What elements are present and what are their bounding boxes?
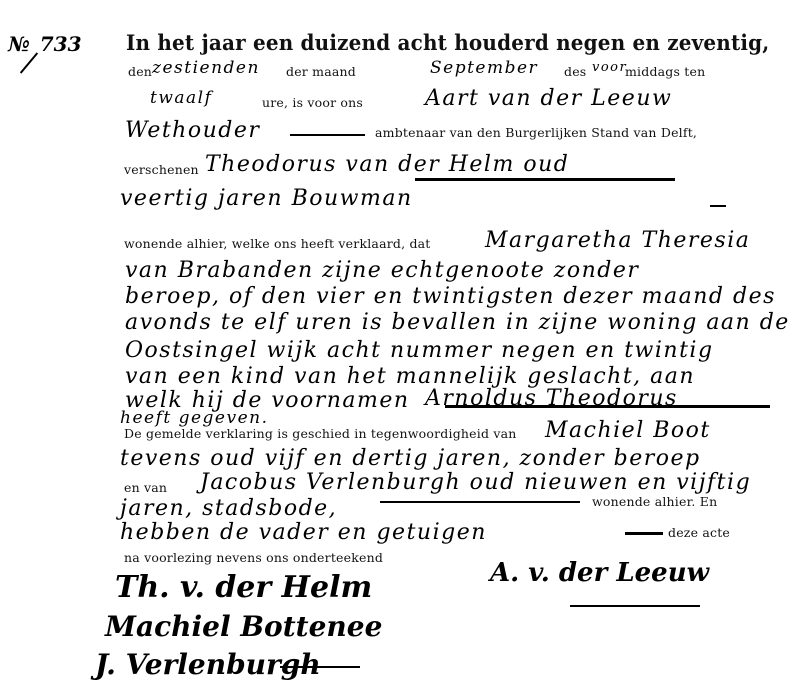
printed-middags-ten: middags ten <box>625 64 705 79</box>
header-line: In het jaar een duizend acht houderd neg… <box>126 30 769 55</box>
signature-witness-2: J. Verlenburgh <box>95 648 321 681</box>
signature-official-flourish <box>570 605 700 607</box>
hand-father-age-occupation: veertig jaren Bouwman <box>120 186 413 211</box>
hand-voor: voor <box>592 60 627 75</box>
printed-wonende-verklaard: wonende alhier, welke ons heeft verklaar… <box>124 236 431 251</box>
hand-witness-2-occupation: jaren, stadsbode, <box>120 496 337 521</box>
register-number: №733 <box>8 32 82 56</box>
hand-witness-1-name: Machiel Boot <box>545 418 711 443</box>
hand-month: September <box>430 58 538 78</box>
hand-line-8: beroep, of den vier en twintigsten dezer… <box>125 284 776 309</box>
underline-child <box>445 405 770 408</box>
printed-wonende-alhier: wonende alhier. En <box>592 494 717 509</box>
hand-father-name: Theodorus van der Helm oud <box>205 152 569 177</box>
hand-official-title: Wethouder <box>125 118 260 143</box>
hand-line-9: avonds te elf uren is bevallen in zijne … <box>125 310 790 335</box>
printed-der-maand: der maand <box>286 64 356 79</box>
printed-deze-acte: deze acte <box>668 525 730 540</box>
underline-father <box>415 178 675 181</box>
signature-father: Th. v. der Helm <box>115 570 372 605</box>
printed-verschenen: verschenen <box>124 162 199 177</box>
number-prefix: № <box>8 32 30 56</box>
hand-hour: twaalf <box>150 88 212 108</box>
hand-line-7: van Brabanden zijne echtgenoote zonder <box>125 258 639 283</box>
printed-des: des <box>564 64 586 79</box>
birth-certificate-page: №733 In het jaar een duizend acht houder… <box>0 0 800 700</box>
hand-witness-2: Jacobus Verlenburgh oud nieuwen en vijft… <box>200 470 751 495</box>
hand-mother-name: Margaretha Theresia <box>485 228 750 253</box>
hand-signers: hebben de vader en getuigen <box>120 520 487 545</box>
signature-witness-2-flourish <box>280 666 360 668</box>
fill-line-2 <box>380 501 580 503</box>
printed-ambtenaar: ambtenaar van den Burgerlijken Stand van… <box>375 125 697 140</box>
printed-den: den <box>128 64 152 79</box>
fill-dash-2 <box>625 532 663 535</box>
signature-official: A. v. der Leeuw <box>490 558 709 588</box>
printed-ure: ure, is voor ons <box>262 95 363 110</box>
hand-official-name: Aart van der Leeuw <box>425 86 672 111</box>
hand-line-10: Oostsingel wijk acht nummer negen en twi… <box>125 338 714 363</box>
signature-witness-1: Machiel Bottenee <box>105 610 382 643</box>
fill-line <box>290 134 365 136</box>
printed-gemelde-verklaring: De gemelde verklaring is geschied in teg… <box>124 426 517 441</box>
hand-day: zestienden <box>152 58 260 78</box>
printed-en-van: en van <box>124 480 167 495</box>
printed-voorlezing: na voorlezing nevens ons onderteekend <box>124 550 383 565</box>
hand-line-13: heeft gegeven. <box>120 408 269 428</box>
fill-dash <box>710 205 726 207</box>
number-value: 733 <box>40 32 82 56</box>
hand-witness-1-details: tevens oud vijf en dertig jaren, zonder … <box>120 446 701 471</box>
